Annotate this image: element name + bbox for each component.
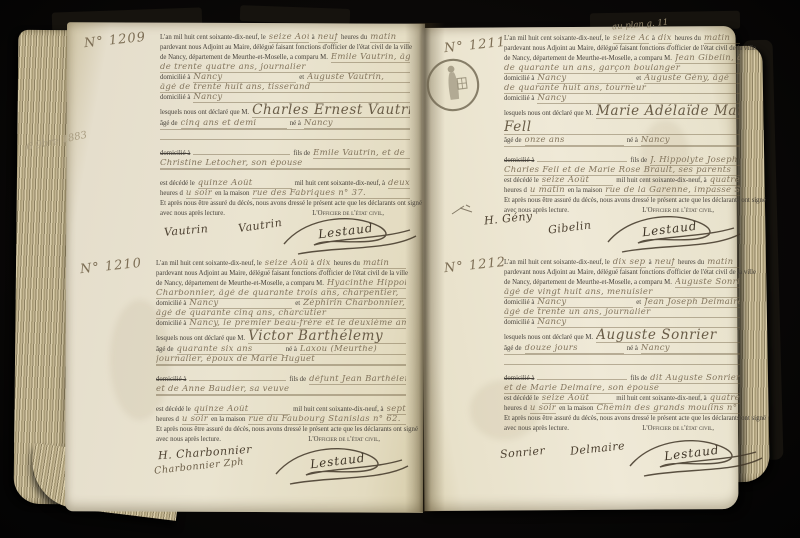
form-line: Fell bbox=[504, 120, 740, 136]
printed-text: de Nancy, département de Meurthe-et-Mose… bbox=[160, 53, 328, 62]
printed-text: heures du bbox=[334, 259, 360, 268]
handwritten-age: douze jours bbox=[525, 344, 624, 354]
form-line: domicilié àNancyetJean Joseph Delmaire, bbox=[504, 298, 740, 308]
cover-edge-top-mid bbox=[240, 5, 350, 25]
form-line: Christine Letocher, son épouse bbox=[160, 159, 410, 169]
printed-text: heures d bbox=[160, 189, 183, 198]
form-line-blank bbox=[504, 146, 740, 156]
handwritten-declarant: âgé de vingt huit ans, menuisier bbox=[504, 288, 740, 298]
death-record-1210: N° 1210 L'an mil huit cent soixante-dix-… bbox=[80, 259, 416, 489]
handwritten-text bbox=[160, 129, 410, 130]
printed-text: est décédé le bbox=[504, 176, 539, 185]
printed-text: mil huit cent soixante-dix-neuf, à bbox=[616, 394, 706, 403]
officer-signature: Lestaud bbox=[622, 432, 772, 482]
handwritten-domicile: Nancy bbox=[537, 94, 740, 104]
officer-signature: Lestaud bbox=[268, 440, 418, 490]
blank-rule bbox=[160, 139, 410, 140]
form-line: âgé decinq ans et deminé àNancy bbox=[160, 119, 410, 129]
printed-text: fils de bbox=[630, 156, 647, 165]
form-line: L'an mil huit cent soixante-dix-neuf, le… bbox=[160, 33, 410, 43]
handwritten-period: matin bbox=[363, 259, 406, 269]
printed-text: domicilié à bbox=[156, 319, 186, 328]
printed-text-struck: domicilié à bbox=[160, 149, 190, 158]
blank-rule bbox=[504, 354, 740, 355]
handwritten-date: seize Août bbox=[269, 33, 309, 43]
form-line: Et après nous être assuré du décès, nous… bbox=[156, 425, 406, 435]
printed-text: de Nancy, département de Meurthe-et-Mose… bbox=[504, 54, 672, 63]
form-line: et de Anne Baudier, sa veuve bbox=[156, 385, 406, 395]
printed-text: mil huit cent soixante-dix-neuf, à bbox=[616, 176, 706, 185]
handwritten-declarant: âgé de trente huit ans, tisserand bbox=[160, 83, 410, 93]
form-line: de quarante huit ans, tourneur bbox=[504, 84, 740, 94]
printed-text: heures d bbox=[504, 186, 527, 195]
printed-text: lesquels nous ont déclaré que M. bbox=[504, 333, 593, 342]
form-line: de trente quatre ans, journalier bbox=[160, 63, 410, 73]
blank-rule bbox=[504, 364, 740, 365]
handwritten-period: u soir bbox=[186, 189, 212, 199]
record-number: N° 1209 bbox=[83, 30, 146, 51]
handwritten-death-hour: quatre bbox=[710, 176, 740, 186]
form-line: domicilié àNancyetAuguste Vautrin, bbox=[160, 73, 410, 83]
handwritten-declarant: âgé de trente un ans, journalier bbox=[504, 308, 740, 318]
form-line: de Nancy, département de Meurthe-et-Mose… bbox=[160, 53, 410, 63]
form-line-blank bbox=[156, 365, 406, 375]
form-line: âgé de vingt huit ans, menuisier bbox=[504, 288, 740, 298]
printed-text: et bbox=[295, 299, 300, 308]
handwritten-period: u matin bbox=[530, 186, 565, 196]
printed-text: et bbox=[636, 74, 641, 83]
printed-text: lesquels nous ont déclaré que M. bbox=[504, 109, 593, 118]
record-form: L'an mil huit cent soixante-dix-neuf, le… bbox=[504, 258, 740, 434]
form-line: pardevant nous Adjoint au Maire, délégué… bbox=[504, 268, 740, 278]
handwritten-deceased-name: Marie Adélaïde Marthe bbox=[596, 104, 740, 119]
handwritten-address: Chemin des grands moulins n° 107. bbox=[596, 404, 740, 414]
handwritten-period: u soir bbox=[182, 415, 208, 425]
handwritten-birthplace: Nancy bbox=[304, 119, 410, 129]
handwritten-declarant: Auguste Gény, âgé bbox=[644, 74, 740, 84]
form-line-blank bbox=[504, 364, 740, 374]
printed-text: âgé de bbox=[504, 344, 522, 353]
form-line: heures du matinen la maisonrue de la Gar… bbox=[504, 186, 740, 196]
form-line: domicilié àfils dedéfunt Jean Barthélemy bbox=[156, 375, 406, 385]
form-line: âgé de trente huit ans, tisserand bbox=[160, 83, 410, 93]
printed-text: pardevant nous Adjoint au Maire, délégué… bbox=[504, 44, 756, 53]
handwritten-death-hour: quatre bbox=[710, 394, 740, 404]
record-form: L'an mil huit cent soixante-dix-neuf, le… bbox=[504, 34, 740, 216]
handwritten-death-hour: deux bbox=[388, 179, 410, 189]
form-line: pardevant nous Adjoint au Maire, délégué… bbox=[160, 43, 410, 53]
printed-text: domicilié à bbox=[156, 299, 186, 308]
handwritten-declarant: Charbonnier, âgé de quarante trois ans, … bbox=[156, 289, 406, 299]
form-line: lesquels nous ont déclaré que M.Auguste … bbox=[504, 328, 740, 344]
form-line: heures du soiren la maisonrue des Fabriq… bbox=[160, 189, 410, 199]
handwritten-deceased-name: Fell bbox=[504, 120, 740, 135]
printed-text: âgé de bbox=[156, 345, 174, 354]
form-line-blank bbox=[160, 139, 410, 149]
form-line: L'an mil huit cent soixante-dix-neuf, le… bbox=[504, 34, 740, 44]
printed-text: fils de bbox=[630, 374, 647, 383]
blank-rule bbox=[160, 169, 410, 170]
printed-text: lesquels nous ont déclaré que M. bbox=[160, 108, 249, 117]
printed-text: domicilié à bbox=[160, 93, 190, 102]
handwritten-domicile: Nancy bbox=[537, 74, 633, 84]
handwritten-declarant: Émile Vautrin, âgé bbox=[331, 53, 410, 63]
handwritten-domicile: Nancy bbox=[193, 73, 296, 83]
handwritten-declarant: Jean Joseph Delmaire, bbox=[644, 298, 740, 308]
death-record-1209: N° 1209 L'an mil huit cent soixante-dix-… bbox=[84, 33, 416, 257]
handwritten-birthplace: Nancy bbox=[641, 136, 740, 146]
signature-row: H. Charbonnier Charbonnier Zph Lestaud bbox=[156, 442, 416, 488]
printed-text: Et après nous être assuré du décès, nous… bbox=[504, 414, 766, 423]
printed-text: domicilié à bbox=[504, 318, 534, 327]
handwritten-filiation: dit Auguste Sonrier bbox=[650, 374, 740, 384]
blank-rule bbox=[504, 146, 740, 147]
printed-text: à bbox=[311, 259, 314, 268]
form-line: Charles Fell et de Marie Rose Brault, se… bbox=[504, 166, 740, 176]
form-line: L'an mil huit cent soixante-dix-neuf, le… bbox=[504, 258, 740, 268]
printed-text: L'an mil huit cent soixante-dix-neuf, le bbox=[160, 33, 266, 42]
handwritten-deceased-name: Charles Ernest Vautrin bbox=[252, 103, 410, 118]
printed-text: heures d bbox=[156, 415, 179, 424]
printed-text: pardevant nous Adjoint au Maire, délégué… bbox=[160, 43, 412, 52]
form-line: âgé de trente un ans, journalier bbox=[504, 308, 740, 318]
signature-row: H. Gény Gibelin Lestaud bbox=[504, 212, 740, 258]
handwritten-declarant: Auguste Vautrin, bbox=[307, 73, 410, 83]
handwritten-deceased-name: Auguste Sonrier bbox=[596, 328, 740, 343]
handwritten-death-date: seize Août bbox=[542, 394, 614, 404]
form-line: domicilié àfils dedit Auguste Sonrier bbox=[504, 374, 740, 384]
printed-text-struck: domicilié à bbox=[504, 156, 534, 165]
officer-signature: Lestaud bbox=[276, 210, 426, 260]
printed-text: L'an mil huit cent soixante-dix-neuf, le bbox=[504, 34, 610, 43]
printed-text: L'an mil huit cent soixante-dix-neuf, le bbox=[504, 258, 610, 267]
handwritten-address: rue du Faubourg Stanislas n° 62. bbox=[248, 415, 406, 425]
printed-text: en la maison bbox=[215, 189, 249, 198]
form-line: de Nancy, département de Meurthe-et-Mose… bbox=[504, 54, 740, 64]
handwritten-period: matin bbox=[707, 258, 740, 268]
handwritten-hour: dix bbox=[317, 259, 331, 269]
declarant-signature: Gibelin bbox=[547, 218, 592, 236]
handwritten-domicile: Nancy bbox=[189, 299, 292, 309]
printed-text: de Nancy, département de Meurthe-et-Mose… bbox=[504, 278, 672, 287]
handwritten-text: journalier, époux de Marie Huguet bbox=[156, 355, 406, 365]
printed-text: heures d bbox=[504, 404, 527, 413]
handwritten-death-hour: sept bbox=[387, 405, 406, 415]
printed-text: lesquels nous ont déclaré que M. bbox=[156, 334, 245, 343]
form-line: domicilié àNancy bbox=[504, 318, 740, 328]
blank-rule bbox=[537, 161, 627, 162]
handwritten-hour: dix bbox=[658, 34, 672, 44]
form-line: âgé de quarante cinq ans, charcutier bbox=[156, 309, 406, 319]
officer-signature: Lestaud bbox=[600, 208, 750, 258]
form-line-blank bbox=[504, 354, 740, 364]
register-book-scan: 6 9bre 1883 au plan g. 11 N° 1209 L'an m… bbox=[0, 0, 800, 538]
handwritten-filiation: et de Marie Delmaire, son épouse bbox=[504, 384, 740, 394]
handwritten-declarant: Zéphirin Charbonnier, bbox=[303, 299, 406, 309]
form-line: et de Marie Delmaire, son épouse bbox=[504, 384, 740, 394]
blank-rule bbox=[156, 365, 406, 366]
printed-text: en la maison bbox=[211, 415, 245, 424]
form-line: journalier, époux de Marie Huguet bbox=[156, 355, 406, 365]
form-line: domicilié àfils deJ. Hippolyte Joseph bbox=[504, 156, 740, 166]
printed-text: né à bbox=[286, 345, 297, 354]
form-line: est décédé lequinze Aoûtmil huit cent so… bbox=[156, 405, 406, 415]
handwritten-domicile: Nancy bbox=[537, 298, 633, 308]
printed-text: à bbox=[649, 258, 652, 267]
handwritten-death-date: seize Août bbox=[542, 176, 614, 186]
handwritten-deceased-name: Victor Barthélemy bbox=[248, 329, 406, 344]
printed-text: L'an mil huit cent soixante-dix-neuf, le bbox=[156, 259, 262, 268]
handwritten-age: quarante six ans bbox=[177, 345, 283, 355]
form-line: Et après nous être assuré du décès, nous… bbox=[504, 414, 740, 424]
form-line: Et après nous être assuré du décès, nous… bbox=[160, 199, 410, 209]
municipal-seal-stamp bbox=[421, 53, 486, 118]
form-line: Charbonnier, âgé de quarante trois ans, … bbox=[156, 289, 406, 299]
declarant-signature: H. Gény bbox=[483, 209, 533, 227]
printed-text: est décédé le bbox=[504, 394, 539, 403]
printed-text-struck: domicilié à bbox=[504, 374, 534, 383]
record-number: N° 1210 bbox=[79, 256, 142, 277]
printed-text: né à bbox=[627, 344, 638, 353]
form-line: est décédé leseize Aoûtmil huit cent soi… bbox=[504, 176, 740, 186]
form-line: est décédé leseize Aoûtmil huit cent soi… bbox=[504, 394, 740, 404]
printed-text: et bbox=[636, 298, 641, 307]
form-line: domicilié àNancy, le premier beau-frère … bbox=[156, 319, 406, 329]
handwritten-death-date: quinze Août bbox=[198, 179, 292, 189]
handwritten-declarant: Auguste Sonrier, bbox=[675, 278, 740, 288]
printed-text: avec nous après lecture. bbox=[504, 424, 569, 433]
form-line: lesquels nous ont déclaré que M.Victor B… bbox=[156, 329, 406, 345]
form-line: de quarante un ans, garçon boulanger bbox=[504, 64, 740, 74]
form-line: âgé dedouze joursné àNancy bbox=[504, 344, 740, 354]
printed-text: âgé de bbox=[504, 136, 522, 145]
form-line: heures du soiren la maisonrue du Faubour… bbox=[156, 415, 406, 425]
handwritten-address: rue de la Garenne, impasse St-Jean. bbox=[605, 186, 740, 196]
printed-text: est décédé le bbox=[156, 405, 191, 414]
record-number: N° 1212 bbox=[443, 255, 506, 276]
handwritten-filiation: J. Hippolyte Joseph bbox=[650, 156, 740, 166]
form-line: heures du soiren la maisonChemin des gra… bbox=[504, 404, 740, 414]
printed-text: âgé de bbox=[160, 119, 178, 128]
printed-text: domicilié à bbox=[504, 298, 534, 307]
printed-text: mil huit cent soixante-dix-neuf, à bbox=[295, 179, 385, 188]
form-line: domicilié àNancy bbox=[160, 93, 410, 103]
printed-text: mil huit cent soixante-dix-neuf, à bbox=[293, 405, 383, 414]
handwritten-hour: neuf bbox=[655, 258, 675, 268]
handwritten-death-date: quinze Août bbox=[194, 405, 290, 415]
printed-text: en la maison bbox=[559, 404, 593, 413]
form-line: âgé deonze ansné àNancy bbox=[504, 136, 740, 146]
form-line: pardevant nous Adjoint au Maire, délégué… bbox=[504, 44, 740, 54]
printed-text: né à bbox=[290, 119, 301, 128]
printed-text: domicilié à bbox=[160, 73, 190, 82]
form-line: domicilié àNancy bbox=[504, 94, 740, 104]
record-form: L'an mil huit cent soixante-dix-neuf, le… bbox=[160, 33, 410, 219]
printed-text: de Nancy, département de Meurthe-et-Mose… bbox=[156, 279, 324, 288]
printed-text: pardevant nous Adjoint au Maire, délégué… bbox=[504, 268, 756, 277]
form-line bbox=[160, 129, 410, 139]
printed-text: heures du bbox=[675, 34, 701, 43]
handwritten-filiation: Émile Vautrin, et de bbox=[313, 149, 410, 159]
printed-text: à bbox=[652, 34, 655, 43]
handwritten-filiation: Charles Fell et de Marie Rose Brault, se… bbox=[504, 166, 740, 176]
printed-text: à bbox=[312, 33, 315, 42]
handwritten-declarant: Jean Gibelin, âgé bbox=[675, 54, 740, 64]
blank-rule bbox=[156, 395, 406, 396]
printed-text: fils de bbox=[293, 149, 310, 158]
signature-row: Sonrier Delmaire Lestaud bbox=[504, 436, 740, 482]
form-line: Et après nous être assuré du décès, nous… bbox=[504, 196, 740, 206]
form-line: de Nancy, département de Meurthe-et-Mose… bbox=[504, 278, 740, 288]
handwritten-age: onze ans bbox=[525, 136, 624, 146]
form-line: âgé dequarante six ansné àLaxou (Meurthe… bbox=[156, 345, 406, 355]
printed-text: Et après nous être assuré du décès, nous… bbox=[504, 196, 766, 205]
printed-text: Et après nous être assuré du décès, nous… bbox=[156, 425, 418, 434]
handwritten-declarant: de quarante un ans, garçon boulanger bbox=[504, 64, 740, 74]
form-line: lesquels nous ont déclaré que M.Marie Ad… bbox=[504, 104, 740, 120]
printed-text: en la maison bbox=[568, 186, 602, 195]
form-line: domicilié àNancyetZéphirin Charbonnier, bbox=[156, 299, 406, 309]
handwritten-period: matin bbox=[370, 33, 410, 43]
handwritten-birthplace: Nancy bbox=[641, 344, 740, 354]
printed-text: heures du bbox=[341, 33, 367, 42]
handwritten-date: seize Août bbox=[265, 259, 308, 269]
handwritten-filiation: défunt Jean Barthélemy bbox=[309, 375, 406, 385]
form-line-blank bbox=[156, 395, 406, 405]
form-line: L'an mil huit cent soixante-dix-neuf, le… bbox=[156, 259, 406, 269]
handwritten-filiation: et de Anne Baudier, sa veuve bbox=[156, 385, 406, 395]
handwritten-declarant: Hyacinthe Hippolyte bbox=[327, 279, 406, 289]
record-form: L'an mil huit cent soixante-dix-neuf, le… bbox=[156, 259, 406, 445]
printed-text: Et après nous être assuré du décès, nous… bbox=[160, 199, 422, 208]
blank-rule bbox=[189, 380, 286, 381]
printed-text: domicilié à bbox=[504, 94, 534, 103]
printed-text: pardevant nous Adjoint au Maire, délégué… bbox=[156, 269, 408, 278]
blank-rule bbox=[193, 154, 290, 155]
declarant-signature: Delmaire bbox=[569, 439, 625, 458]
printed-text: fils de bbox=[289, 375, 306, 384]
form-line-blank bbox=[160, 169, 410, 179]
handwritten-declarant: âgé de quarante cinq ans, charcutier bbox=[156, 309, 406, 319]
printed-text: domicilié à bbox=[504, 74, 534, 83]
form-line: pardevant nous Adjoint au Maire, délégué… bbox=[156, 269, 406, 279]
handwritten-domicile: Nancy, le premier beau-frère et le deuxi… bbox=[189, 319, 406, 329]
blank-rule bbox=[537, 379, 627, 380]
handwritten-date: seize Août bbox=[613, 34, 649, 44]
printed-text: et bbox=[299, 73, 304, 82]
death-record-1211: N° 1211 L'an mil huit cent soixante-dix-… bbox=[444, 34, 742, 264]
printed-text: est décédé le bbox=[160, 179, 195, 188]
handwritten-declarant: de quarante huit ans, tourneur bbox=[504, 84, 740, 94]
handwritten-hour: neuf bbox=[318, 33, 338, 43]
handwritten-domicile: Nancy bbox=[537, 318, 740, 328]
form-line: domicilié àNancyetAuguste Gény, âgé bbox=[504, 74, 740, 84]
death-record-1212: N° 1212 L'an mil huit cent soixante-dix-… bbox=[444, 258, 742, 488]
handwritten-filiation: Christine Letocher, son épouse bbox=[160, 159, 410, 169]
handwritten-address: rue des Fabriques n° 37. bbox=[252, 189, 410, 199]
handwritten-domicile: Nancy bbox=[193, 93, 410, 103]
handwritten-date: dix sept Août bbox=[613, 258, 646, 268]
handwritten-period: u soir bbox=[530, 404, 556, 414]
printed-text: heures du bbox=[678, 258, 704, 267]
handwritten-declarant: de trente quatre ans, journalier bbox=[160, 63, 410, 73]
form-line: de Nancy, département de Meurthe-et-Mose… bbox=[156, 279, 406, 289]
declarant-signature: Sonrier bbox=[500, 444, 546, 461]
form-line: est décédé lequinze Aoûtmil huit cent so… bbox=[160, 179, 410, 189]
signature-row: Vautrin Vautrin Lestaud bbox=[160, 216, 416, 262]
printed-text-struck: domicilié à bbox=[156, 375, 186, 384]
declarant-signature: Vautrin bbox=[164, 222, 209, 239]
handwritten-period: matin bbox=[704, 34, 740, 44]
handwritten-age: cinq ans et demi bbox=[181, 119, 287, 129]
form-line: lesquels nous ont déclaré que M.Charles … bbox=[160, 103, 410, 119]
printed-text: né à bbox=[627, 136, 638, 145]
handwritten-birthplace: Laxou (Meurthe) bbox=[300, 345, 406, 355]
form-line: domicilié àfils deÉmile Vautrin, et de bbox=[160, 149, 410, 159]
